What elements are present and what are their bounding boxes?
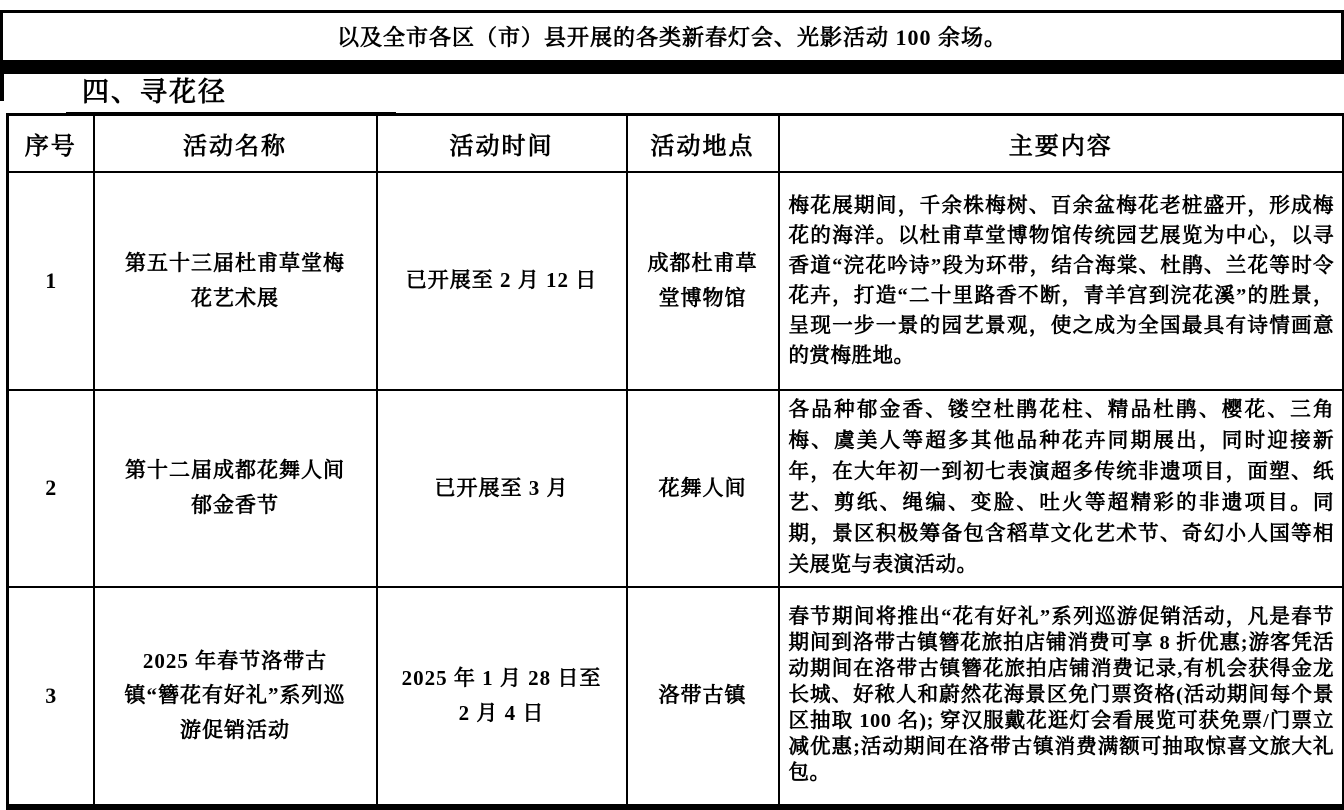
- activity-place: 花舞人间: [627, 390, 779, 587]
- intro-banner: 以及全市各区（市）县开展的各类新春灯会、光影活动 100 余场。: [0, 10, 1344, 63]
- section-title: 四、寻花径: [66, 70, 396, 116]
- header-activity-place: 活动地点: [627, 115, 779, 172]
- activity-time: 已开展至 2 月 12 日: [377, 172, 627, 390]
- header-activity-name: 活动名称: [94, 115, 377, 172]
- header-index: 序号: [8, 115, 94, 172]
- document-page: 以及全市各区（市）县开展的各类新春灯会、光影活动 100 余场。 四、寻花径 序…: [0, 0, 1344, 810]
- activity-place: 洛带古镇: [627, 587, 779, 807]
- banner-text: 以及全市各区（市）县开展的各类新春灯会、光影活动 100 余场。: [337, 21, 1007, 52]
- table-row: 1 第五十三届杜甫草堂梅花艺术展 已开展至 2 月 12 日 成都杜甫草堂博物馆…: [8, 172, 1344, 390]
- row-index: 3: [8, 587, 94, 807]
- table-header-row: 序号 活动名称 活动时间 活动地点 主要内容: [8, 115, 1344, 172]
- activity-place: 成都杜甫草堂博物馆: [627, 172, 779, 390]
- activity-content: 梅花展期间，千余株梅树、百余盆梅花老桩盛开，形成梅花的海洋。以杜甫草堂博物馆传统…: [779, 172, 1344, 390]
- row-index: 1: [8, 172, 94, 390]
- activity-content: 各品种郁金香、镂空杜鹃花柱、精品杜鹃、樱花、三角梅、虞美人等超多其他品种花卉同期…: [779, 390, 1344, 587]
- header-activity-time: 活动时间: [377, 115, 627, 172]
- table-row: 2 第十二届成都花舞人间郁金香节 已开展至 3 月 花舞人间 各品种郁金香、镂空…: [8, 390, 1344, 587]
- activity-time: 2025 年 1 月 28 日至 2 月 4 日: [377, 587, 627, 807]
- activity-content: 春节期间将推出“花有好礼”系列巡游促销活动，凡是春节期间到洛带古镇簪花旅拍店铺消…: [779, 587, 1344, 807]
- events-table: 序号 活动名称 活动时间 活动地点 主要内容 1 第五十三届杜甫草堂梅花艺术展 …: [6, 113, 1344, 810]
- left-edge-mark: [0, 74, 4, 101]
- table-row: 3 2025 年春节洛带古镇“簪花有好礼”系列巡游促销活动 2025 年 1 月…: [8, 587, 1344, 807]
- row-index: 2: [8, 390, 94, 587]
- activity-name: 第十二届成都花舞人间郁金香节: [94, 390, 377, 587]
- activity-time: 已开展至 3 月: [377, 390, 627, 587]
- activity-name: 第五十三届杜甫草堂梅花艺术展: [94, 172, 377, 390]
- activity-name: 2025 年春节洛带古镇“簪花有好礼”系列巡游促销活动: [94, 587, 377, 807]
- header-main-content: 主要内容: [779, 115, 1344, 172]
